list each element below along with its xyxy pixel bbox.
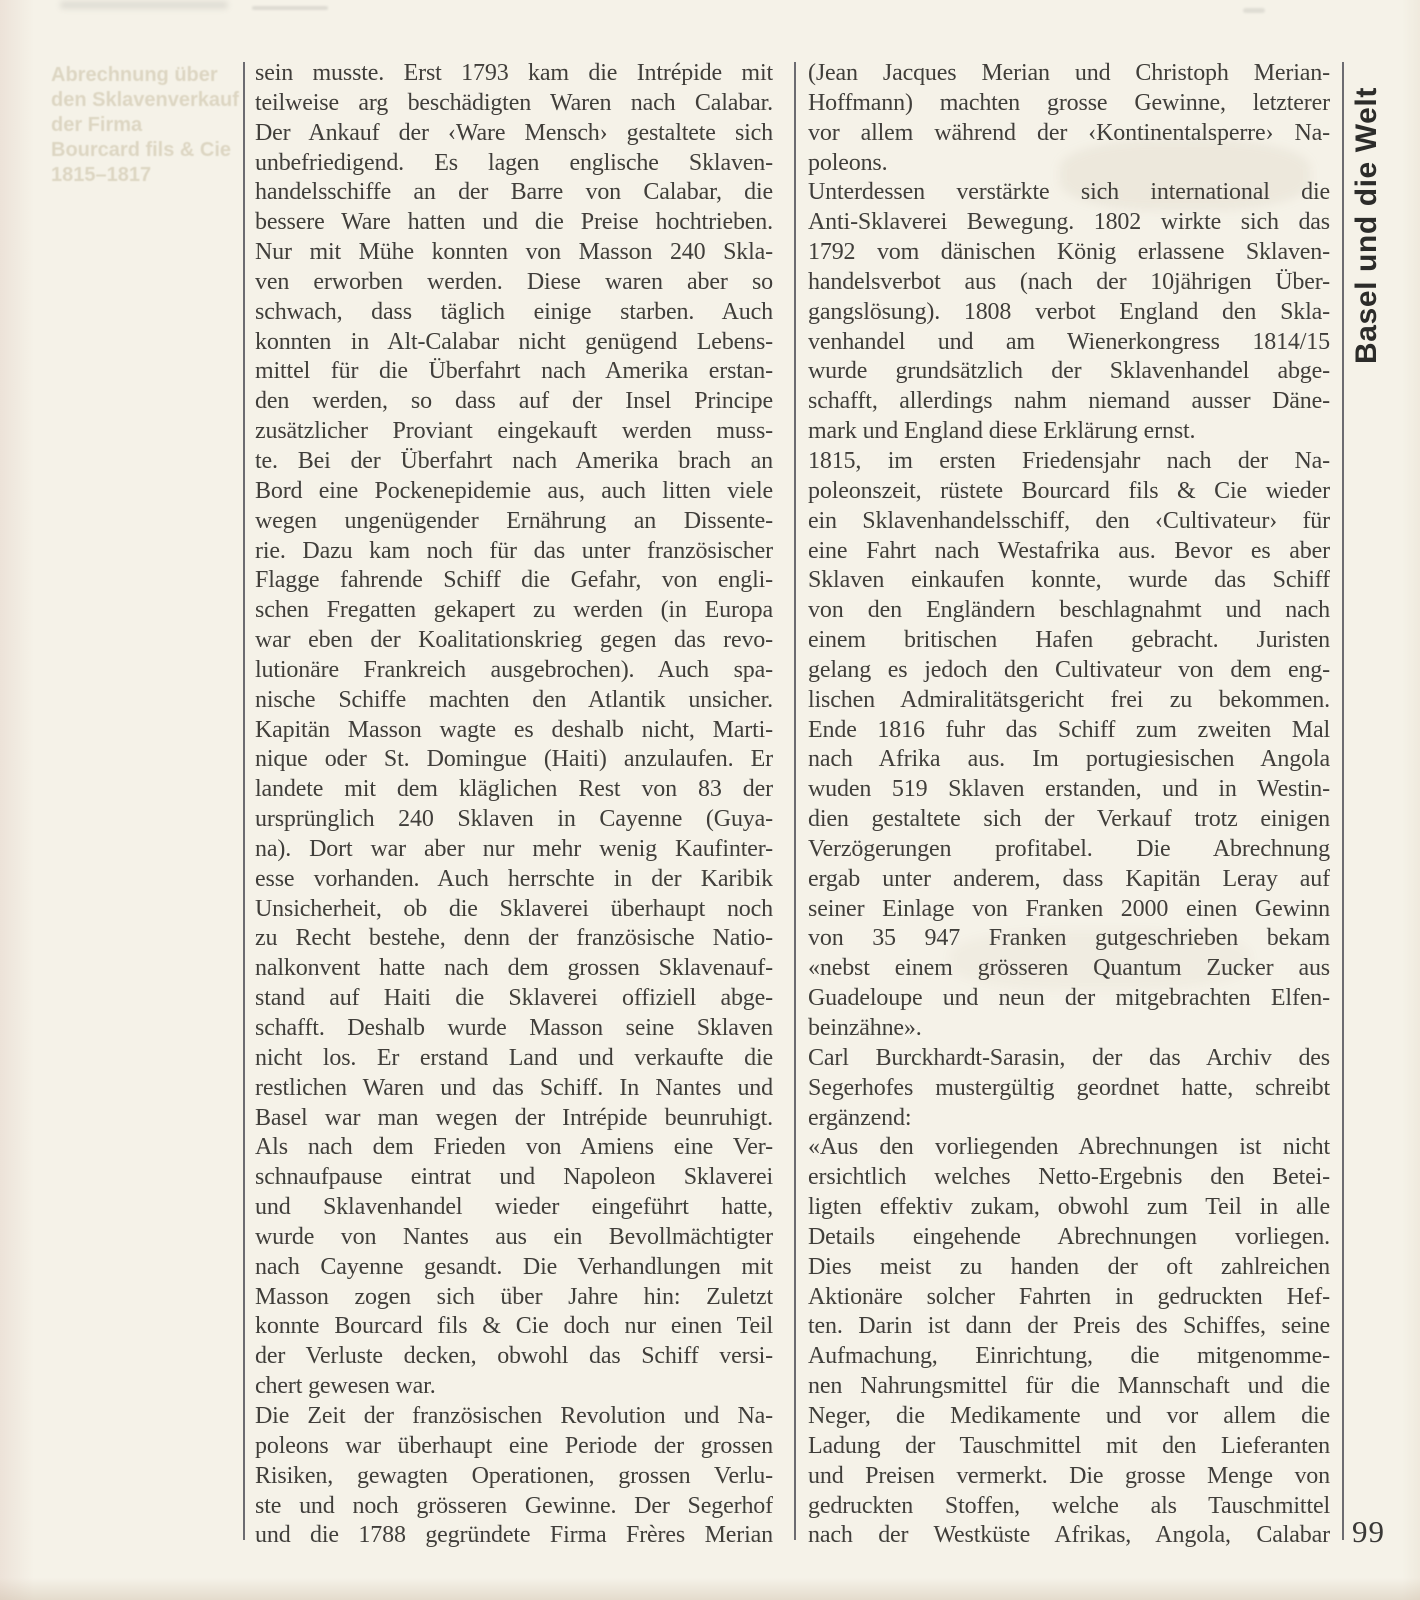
text-line: Aktionäre solcher Fahrten in gedruckten …	[808, 1283, 1330, 1313]
text-line: wurde grundsätzlich der Sklavenhandel ab…	[808, 357, 1330, 387]
margin-note-line: den Sklavenverkauf	[51, 88, 251, 113]
scan-edge-shading-bottom	[0, 1578, 1420, 1600]
text-line: nicht los. Er erstand Land und verkaufte…	[255, 1044, 773, 1074]
text-line: wurde von Nantes aus ein Bevollmächtigte…	[255, 1223, 773, 1253]
text-line: Neger, die Medikamente und vor allem die	[808, 1402, 1330, 1432]
text-line: nach der Westküste Afrikas, Angola, Cala…	[808, 1521, 1330, 1551]
text-line: schafft. Deshalb wurde Masson seine Skla…	[255, 1014, 773, 1044]
text-line: landete mit dem kläglichen Rest von 83 d…	[255, 775, 773, 805]
text-line: ste und noch grösseren Gewinne. Der Sege…	[255, 1492, 773, 1522]
column-rule-center	[794, 62, 796, 1540]
text-line: na). Dort war aber nur mehr wenig Kaufin…	[255, 835, 773, 865]
text-line: gangslösung). 1808 verbot England den Sk…	[808, 298, 1330, 328]
text-line: Risiken, gewagten Operationen, grossen V…	[255, 1462, 773, 1492]
margin-note-line: der Firma	[51, 113, 251, 138]
text-line: handelsschiffe an der Barre von Calabar,…	[255, 178, 773, 208]
text-line: lischen Admiralitätsgericht frei zu beko…	[808, 686, 1330, 716]
text-line: seiner Einlage von Franken 2000 einen Ge…	[808, 895, 1330, 925]
column-rule-left	[243, 62, 245, 1540]
text-line: Als nach dem Frieden von Amiens eine Ver…	[255, 1133, 773, 1163]
text-line: Anti-Sklaverei Bewegung. 1802 wirkte sic…	[808, 208, 1330, 238]
text-line: und Preisen vermerkt. Die grosse Menge v…	[808, 1462, 1330, 1492]
scan-artifact	[60, 1, 228, 9]
text-line: ten. Darin ist dann der Preis des Schiff…	[808, 1312, 1330, 1342]
text-column-right: (Jean Jacques Merian und Christoph Meria…	[808, 59, 1330, 1551]
text-line: handelsverbot aus (nach der 10jährigen Ü…	[808, 268, 1330, 298]
text-line: mittel für die Überfahrt nach Amerika er…	[255, 357, 773, 387]
scan-edge-shading-right	[1402, 0, 1420, 1600]
text-line: Flagge fahrende Schiff die Gefahr, von e…	[255, 566, 773, 596]
text-column-left: sein musste. Erst 1793 kam die Intrépide…	[255, 59, 773, 1551]
text-line: Die Zeit der französischen Revolution un…	[255, 1402, 773, 1432]
margin-note-line: 1815–1817	[51, 163, 251, 188]
column-rule-right	[1342, 62, 1344, 1540]
text-line: «nebst einem grösseren Quantum Zucker au…	[808, 954, 1330, 984]
text-line: dien gestaltete sich der Verkauf trotz e…	[808, 805, 1330, 835]
text-line: zu Recht bestehe, denn der französische …	[255, 924, 773, 954]
text-line: Unterdessen verstärkte sich internationa…	[808, 178, 1330, 208]
text-line: Guadeloupe und neun der mitgebrachten El…	[808, 984, 1330, 1014]
text-line: ergänzend:	[808, 1104, 1330, 1134]
text-line: (Jean Jacques Merian und Christoph Meria…	[808, 59, 1330, 89]
text-line: und Sklavenhandel wieder eingeführt hatt…	[255, 1193, 773, 1223]
text-line: bessere Ware hatten und die Preise hocht…	[255, 208, 773, 238]
page-number: 99	[1352, 1514, 1385, 1550]
text-line: ergab unter anderem, dass Kapitän Leray …	[808, 865, 1330, 895]
text-line: ersichtlich welches Netto-Ergebnis den B…	[808, 1163, 1330, 1193]
text-line: von den Engländern beschlagnahmt und nac…	[808, 596, 1330, 626]
text-line: esse vorhanden. Auch herrschte in der Ka…	[255, 865, 773, 895]
text-line: Dies meist zu handen der oft zahlreichen	[808, 1253, 1330, 1283]
scan-edge-shading-left	[0, 0, 34, 1600]
text-line: Nur mit Mühe konnten von Masson 240 Skla…	[255, 238, 773, 268]
text-line: Unsicherheit, ob die Sklaverei überhaupt…	[255, 895, 773, 925]
text-line: einem britischen Hafen gebracht. Juriste…	[808, 626, 1330, 656]
text-line: Sklaven einkaufen konnte, wurde das Schi…	[808, 566, 1330, 596]
text-line: ein Sklavenhandelsschiff, den ‹Cultivate…	[808, 507, 1330, 537]
text-line: ursprünglich 240 Sklaven in Cayenne (Guy…	[255, 805, 773, 835]
margin-note-line: Bourcard fils & Cie	[51, 138, 251, 163]
text-line: lutionäre Frankreich ausgebrochen). Auch…	[255, 656, 773, 686]
text-line: nische Schiffe machten den Atlantik unsi…	[255, 686, 773, 716]
scanned-book-page: Abrechnung über den Sklavenverkauf der F…	[0, 0, 1420, 1600]
text-line: Details eingehende Abrechnungen vorliege…	[808, 1223, 1330, 1253]
text-line: wuden 519 Sklaven erstanden, und in West…	[808, 775, 1330, 805]
text-line: Bord eine Pockenepidemie aus, auch litte…	[255, 477, 773, 507]
text-line: schafft, allerdings nahm niemand ausser …	[808, 387, 1330, 417]
text-line: der Verluste decken, obwohl das Schiff v…	[255, 1342, 773, 1372]
text-line: unbefriedigend. Es lagen englische Sklav…	[255, 149, 773, 179]
text-line: nique oder St. Domingue (Haiti) anzulauf…	[255, 745, 773, 775]
text-line: nach Cayenne gesandt. Die Verhandlungen …	[255, 1253, 773, 1283]
text-line: mark und England diese Erklärung ernst.	[808, 417, 1330, 447]
text-line: schwach, dass täglich einige starben. Au…	[255, 298, 773, 328]
text-line: Kapitän Masson wagte es deshalb nicht, M…	[255, 716, 773, 746]
section-label-vertical: Basel und die Welt	[1352, 87, 1382, 364]
text-line: poleons war überhaupt eine Periode der g…	[255, 1432, 773, 1462]
text-line: rie. Dazu kam noch für das unter französ…	[255, 537, 773, 567]
text-line: beinzähne».	[808, 1014, 1330, 1044]
text-line: stand auf Haiti die Sklaverei offiziell …	[255, 984, 773, 1014]
text-line: venhandel und am Wienerkongress 1814/15	[808, 328, 1330, 358]
text-line: war eben der Koalitationskrieg gegen das…	[255, 626, 773, 656]
text-line: schnaufpause eintrat und Napoleon Sklave…	[255, 1163, 773, 1193]
margin-note-ghost: Abrechnung über den Sklavenverkauf der F…	[51, 63, 251, 188]
margin-note-line: Abrechnung über	[51, 63, 251, 88]
text-line: ligten effektiv zukam, obwohl zum Teil i…	[808, 1193, 1330, 1223]
text-line: Aufmachung, Einrichtung, die mitgenomme-	[808, 1342, 1330, 1372]
text-line: te. Bei der Überfahrt nach Amerika brach…	[255, 447, 773, 477]
text-line: sein musste. Erst 1793 kam die Intrépide…	[255, 59, 773, 89]
text-line: schen Fregatten gekapert zu werden (in E…	[255, 596, 773, 626]
text-line: poleonszeit, rüstete Bourcard fils & Cie…	[808, 477, 1330, 507]
text-line: Hoffmann) machten grosse Gewinne, letzte…	[808, 89, 1330, 119]
text-line: den werden, so dass auf der Insel Princi…	[255, 387, 773, 417]
text-line: Carl Burckhardt-Sarasin, der das Archiv …	[808, 1044, 1330, 1074]
scan-artifact	[1243, 8, 1265, 13]
text-line: 1792 vom dänischen König erlassene Sklav…	[808, 238, 1330, 268]
text-line: teilweise arg beschädigten Waren nach Ca…	[255, 89, 773, 119]
text-line: Ladung der Tauschmittel mit den Lieferan…	[808, 1432, 1330, 1462]
text-line: Segerhofes mustergültig geordnet hatte, …	[808, 1074, 1330, 1104]
text-line: konnten in Alt-Calabar nicht genügend Le…	[255, 328, 773, 358]
text-line: und die 1788 gegründete Firma Frères Mer…	[255, 1521, 773, 1551]
text-line: Ende 1816 fuhr das Schiff zum zweiten Ma…	[808, 716, 1330, 746]
text-line: vor allem während der ‹Kontinentalsperre…	[808, 119, 1330, 149]
text-line: nen Nahrungsmittel für die Mannschaft un…	[808, 1372, 1330, 1402]
text-line: restlichen Waren und das Schiff. In Nant…	[255, 1074, 773, 1104]
text-line: Verzögerungen profitabel. Die Abrechnung	[808, 835, 1330, 865]
text-line: eine Fahrt nach Westafrika aus. Bevor es…	[808, 537, 1330, 567]
text-line: «Aus den vorliegenden Abrechnungen ist n…	[808, 1133, 1330, 1163]
text-line: chert gewesen war.	[255, 1372, 773, 1402]
text-line: 1815, im ersten Friedensjahr nach der Na…	[808, 447, 1330, 477]
text-line: nalkonvent hatte nach dem grossen Sklave…	[255, 954, 773, 984]
text-line: von 35 947 Franken gutgeschrieben bekam	[808, 924, 1330, 954]
text-line: zusätzlicher Proviant eingekauft werden …	[255, 417, 773, 447]
text-line: ven erworben werden. Diese waren aber so	[255, 268, 773, 298]
text-line: nach Afrika aus. Im portugiesischen Ango…	[808, 745, 1330, 775]
text-line: Basel war man wegen der Intrépide beunru…	[255, 1104, 773, 1134]
text-line: Masson zogen sich über Jahre hin: Zuletz…	[255, 1283, 773, 1313]
text-line: poleons.	[808, 149, 1330, 179]
text-line: Der Ankauf der ‹Ware Mensch› gestaltete …	[255, 119, 773, 149]
text-line: gedruckten Stoffen, welche als Tauschmit…	[808, 1492, 1330, 1522]
text-line: gelang es jedoch den Cultivateur von dem…	[808, 656, 1330, 686]
text-line: konnte Bourcard fils & Cie doch nur eine…	[255, 1312, 773, 1342]
scan-artifact	[252, 6, 328, 10]
text-line: wegen ungenügender Ernährung an Dissente…	[255, 507, 773, 537]
